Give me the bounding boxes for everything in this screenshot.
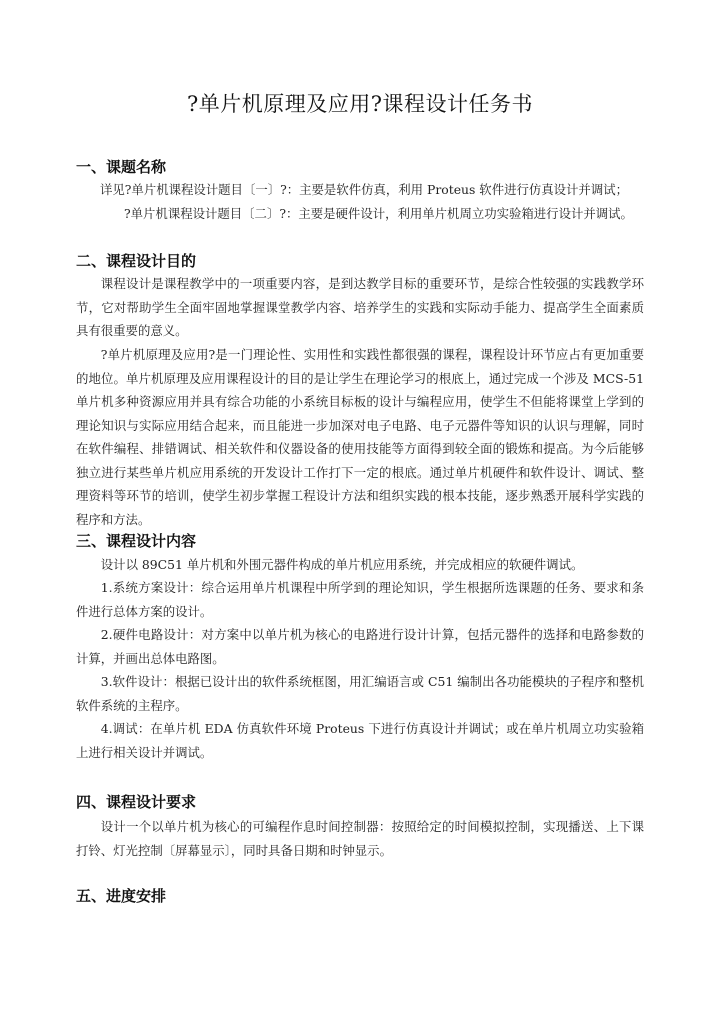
requirements-paragraph: 设计一个以单片机为核心的可编程作息时间控制器：按照给定的时间模拟控制，实现播送、…	[76, 815, 644, 862]
content-item-4: 4.调试：在单片机 EDA 仿真软件环境 Proteus 下进行仿真设计并调试；…	[76, 717, 644, 764]
document-page: ?单片机原理及应用?课程设计任务书 一、课题名称 详见?单片机课程设计题目〔一〕…	[0, 0, 720, 1018]
topic-line-1: 详见?单片机课程设计题目〔一〕?：主要是软件仿真，利用 Proteus 软件进行…	[100, 180, 628, 198]
purpose-paragraph-1: 课程设计是课程教学中的一项重要内容，是到达教学目标的重要环节，是综合性较强的实践…	[76, 272, 644, 343]
section-heading-topic-name: 一、课题名称	[76, 156, 166, 177]
content-item-3: 3.软件设计：根据已设计出的软件系统框图，用汇编语言或 C51 编制出各功能模块…	[76, 670, 644, 717]
content-item-1: 1.系统方案设计：综合运用单片机课程中所学到的理论知识，学生根据所选课题的任务、…	[76, 576, 644, 623]
content-paragraph-intro: 设计以 89C51 单片机和外围元器件构成的单片机应用系统，并完成相应的软硬件调…	[76, 553, 644, 577]
section-heading-design-content: 三、课程设计内容	[76, 530, 196, 551]
document-title: ?单片机原理及应用?课程设计任务书	[0, 88, 720, 118]
section-heading-schedule: 五、进度安排	[76, 885, 166, 906]
section-heading-design-purpose: 二、课程设计目的	[76, 250, 196, 271]
content-item-2: 2.硬件电路设计：对方案中以单片机为核心的电路进行设计计算，包括元器件的选择和电…	[76, 623, 644, 670]
section-heading-design-requirements: 四、课程设计要求	[76, 791, 196, 812]
topic-line-2: ?单片机课程设计题目〔二〕?：主要是硬件设计，利用单片机周立功实验箱进行设计并调…	[124, 204, 633, 222]
purpose-paragraph-2: ?单片机原理及应用?是一门理论性、实用性和实践性都很强的课程，课程设计环节应占有…	[76, 343, 644, 531]
